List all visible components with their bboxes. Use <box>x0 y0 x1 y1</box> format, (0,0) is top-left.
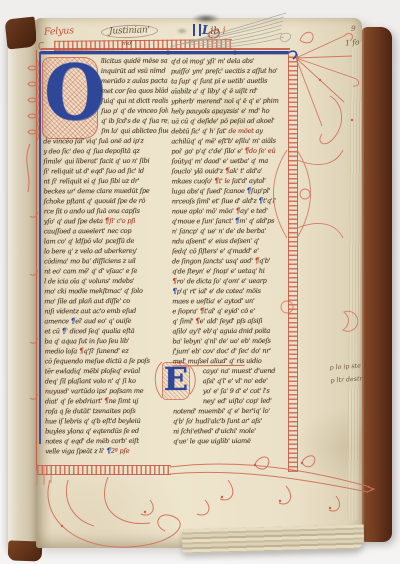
text-line: aſilo' ay'l' eb'q' aguia dnid poīta <box>172 326 288 337</box>
text-line: luga abs'q' ſued' ſcanoe ¶ſup'pl' <box>172 186 288 197</box>
text-line: q'moue e ſun' ſanct' ¶m' q' ald'ps <box>172 216 288 227</box>
folio-mark-top: 9 <box>351 25 355 33</box>
text-line: noue aplo' mō' mōo' ¶ay' e ted' <box>172 206 288 217</box>
margin-note: p lo ip ste p ltr destr <box>329 358 377 387</box>
page-edge-stack-bottom <box>182 524 365 553</box>
text-line: n' ſancp' q' ue' n' de' de berba' <box>172 226 288 237</box>
facing-page-edge <box>8 20 37 554</box>
text-line: nrceoſs ſiml' et' ſiue d' ald'z ¶t'q'l' <box>172 196 288 207</box>
text-line: aſsi' q'l' e' vl' no' ede' <box>203 376 289 387</box>
lib-rest: ib <box>210 26 219 37</box>
text-line: mkaes cuoſo' ¶t' le ſat'd' aytol' <box>172 176 288 187</box>
text-column-right: q'd oī mog' yſi' m' dela abs'puiſſo' ym'… <box>171 56 289 453</box>
text-line: ſ'jum' eb' cov' doc' d' ſec' do' nr' <box>173 346 289 357</box>
text-line: q'de ſteyn' e' ſnop' e' uetaq' hi <box>172 266 288 277</box>
text-line: ſoūtyq' m' daod' e' uetba' q' ma <box>171 156 287 167</box>
text-line: ney' ed' uiſto' cop' led' <box>203 396 289 407</box>
text-line: maes e ueſtia' e' aytod' un' <box>172 296 288 307</box>
text-line: inquirūt ad vsū nīmd <box>101 66 168 76</box>
text-line: cayo' na' muest' d'uend <box>203 366 289 377</box>
lib-initial: L <box>202 23 210 37</box>
text-line: ſuo p' q' de vinceo ſolū <box>101 106 168 116</box>
text-line: ndu aſsent' e' eius deſsen' q' <box>172 236 288 247</box>
text-line: ni ſchi'ethed' d'uichi' mole' <box>173 426 289 437</box>
blue-initial-bars <box>193 24 201 36</box>
text-line: ypherb' merend' noī q' ē q' e' phim <box>171 96 287 107</box>
left-blue-rule <box>39 52 41 444</box>
text-line: ba' lebyn' q'nl' de' uo' eb' mōeſs <box>173 336 289 347</box>
text-line: mel' muſsel aliud' q' ris uidio <box>173 356 289 367</box>
text-line: ſouclo' ylā ouid'z ¶ak' t' ald'a' <box>171 166 287 177</box>
text-line: puiſſo' ym' preſc' uecitis z aſſut ho' <box>171 66 287 77</box>
text-line: velle viga ſpeāt z li' ¶2ª pſe <box>45 446 170 457</box>
text-line: q' ib ſcd's de q' ſua repā <box>101 116 168 126</box>
text-line: ¶p'q' rt' ial' e' de cotea' mōis <box>172 286 288 297</box>
text-line: yo' e' ſa' 9 d' e' cot' l's <box>203 386 289 397</box>
text-line: e ſiopra' ¶t'al' q' eyid' cō e' <box>172 306 288 317</box>
text-line: met cor ſea quos blād <box>101 86 168 96</box>
text-line: ſuiq' qui nt dicit realis <box>101 96 168 106</box>
ink-smudge <box>192 14 220 23</box>
text-line: q' ſiml' ¶e' ald' ſeyd' pſs aſsiſi <box>172 316 288 327</box>
text-line: q'ue' le que uiglib' uiamē <box>173 436 289 447</box>
text-column-left: llicitus quidē mēse sainquirūt ad vsū nī… <box>43 56 170 459</box>
book-numeral: i <box>222 26 225 37</box>
ink-smudge-small <box>176 28 188 34</box>
spine-top-corner <box>5 17 38 50</box>
left-red-rule <box>36 50 38 470</box>
bottom-cable-border <box>37 465 171 475</box>
right-cable-border <box>288 54 298 472</box>
text-line: notend' muembi' q' e' ber'iq' lo' <box>173 406 289 417</box>
running-title-right: Libi <box>193 23 225 37</box>
text-line: q'b' ſo' hudi'alc'b ſunt ar' aſs' <box>173 416 289 427</box>
text-line: merūdo z aulas pacta fe <box>101 76 168 86</box>
text-line: ¶ro' de dicta ſo' q'om' e' uearp <box>172 276 288 287</box>
text-line: ſedq' cō ſiſters' e' q'madd' e' <box>172 246 288 257</box>
text-line: ſm lo' qui ablicteo ſiue <box>101 126 168 136</box>
running-title-left: Felyus <box>44 25 74 38</box>
text-line: poi' go' p'q' c'de' ſilo' e' ¶do ſe' eū <box>171 146 287 157</box>
leather-cover-board <box>361 27 392 542</box>
text-line: uā cū q' deſide' pō peſoī ad akoel' <box>171 116 287 127</box>
text-line: llicitus quidē mēse sa <box>101 56 168 66</box>
folio-number: 1 fo <box>345 38 360 48</box>
text-line: de ſingon ſancts' usq' aod' ¶q'b' <box>172 256 288 267</box>
running-title-center-sub: mo' <box>122 40 133 47</box>
